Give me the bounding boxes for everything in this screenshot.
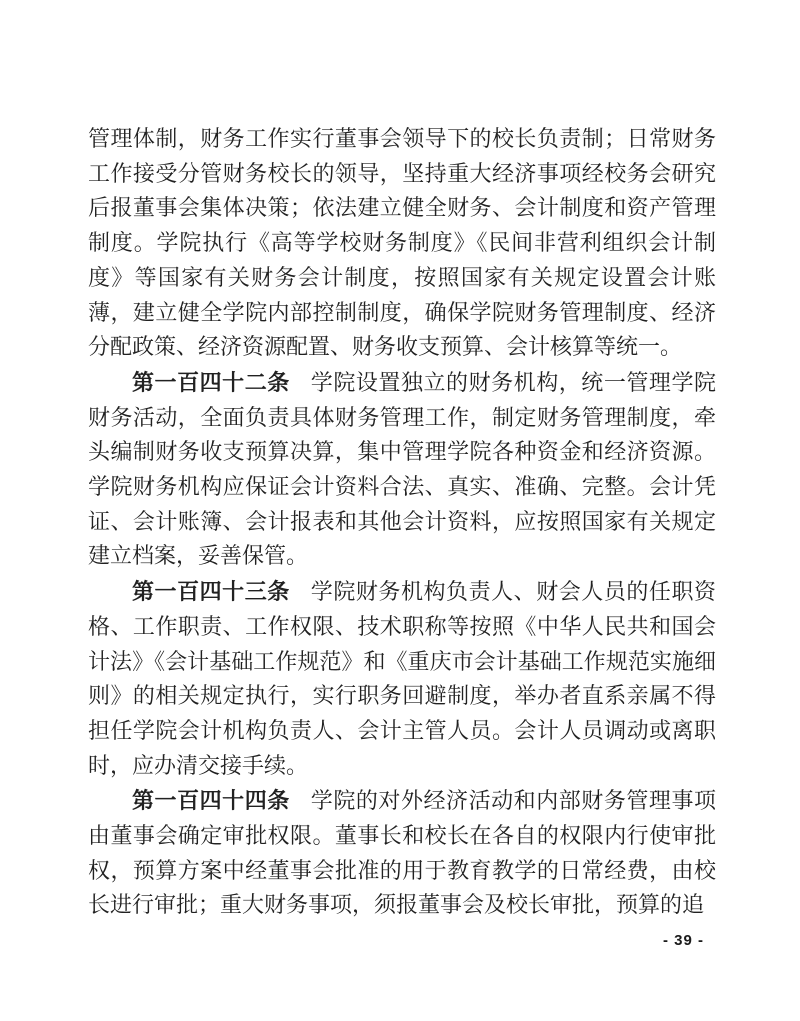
article-142-heading: 第一百四十二条: [132, 370, 290, 396]
paragraph-continuation: 管理体制，财务工作实行董事会领导下的校长负责制；日常财务工作接受分管财务校长的领…: [88, 123, 716, 366]
paragraph-article-144: 第一百四十四条学院的对外经济活动和内部财务管理事项由董事会确定审批权限。董事长和…: [88, 784, 716, 924]
document-page: 管理体制，财务工作实行董事会领导下的校长负责制；日常财务工作接受分管财务校长的领…: [0, 0, 800, 1021]
paragraph-article-143: 第一百四十三条学院财务机构负责人、财会人员的任职资格、工作职责、工作权限、技术职…: [88, 575, 716, 784]
article-144-heading: 第一百四十四条: [132, 788, 290, 814]
article-143-body: 学院财务机构负责人、财会人员的任职资格、工作职责、工作权限、技术职称等按照《中华…: [88, 580, 716, 779]
article-142-body: 学院设置独立的财务机构，统一管理学院财务活动，全面负责具体财务管理工作，制定财务…: [88, 371, 716, 570]
text-block: 管理体制，财务工作实行董事会领导下的校长负责制；日常财务工作接受分管财务校长的领…: [88, 123, 716, 949]
page-number: - 39 -: [88, 932, 716, 949]
paragraph-article-142: 第一百四十二条学院设置独立的财务机构，统一管理学院财务活动，全面负责具体财务管理…: [88, 366, 716, 575]
article-143-heading: 第一百四十三条: [132, 579, 290, 605]
